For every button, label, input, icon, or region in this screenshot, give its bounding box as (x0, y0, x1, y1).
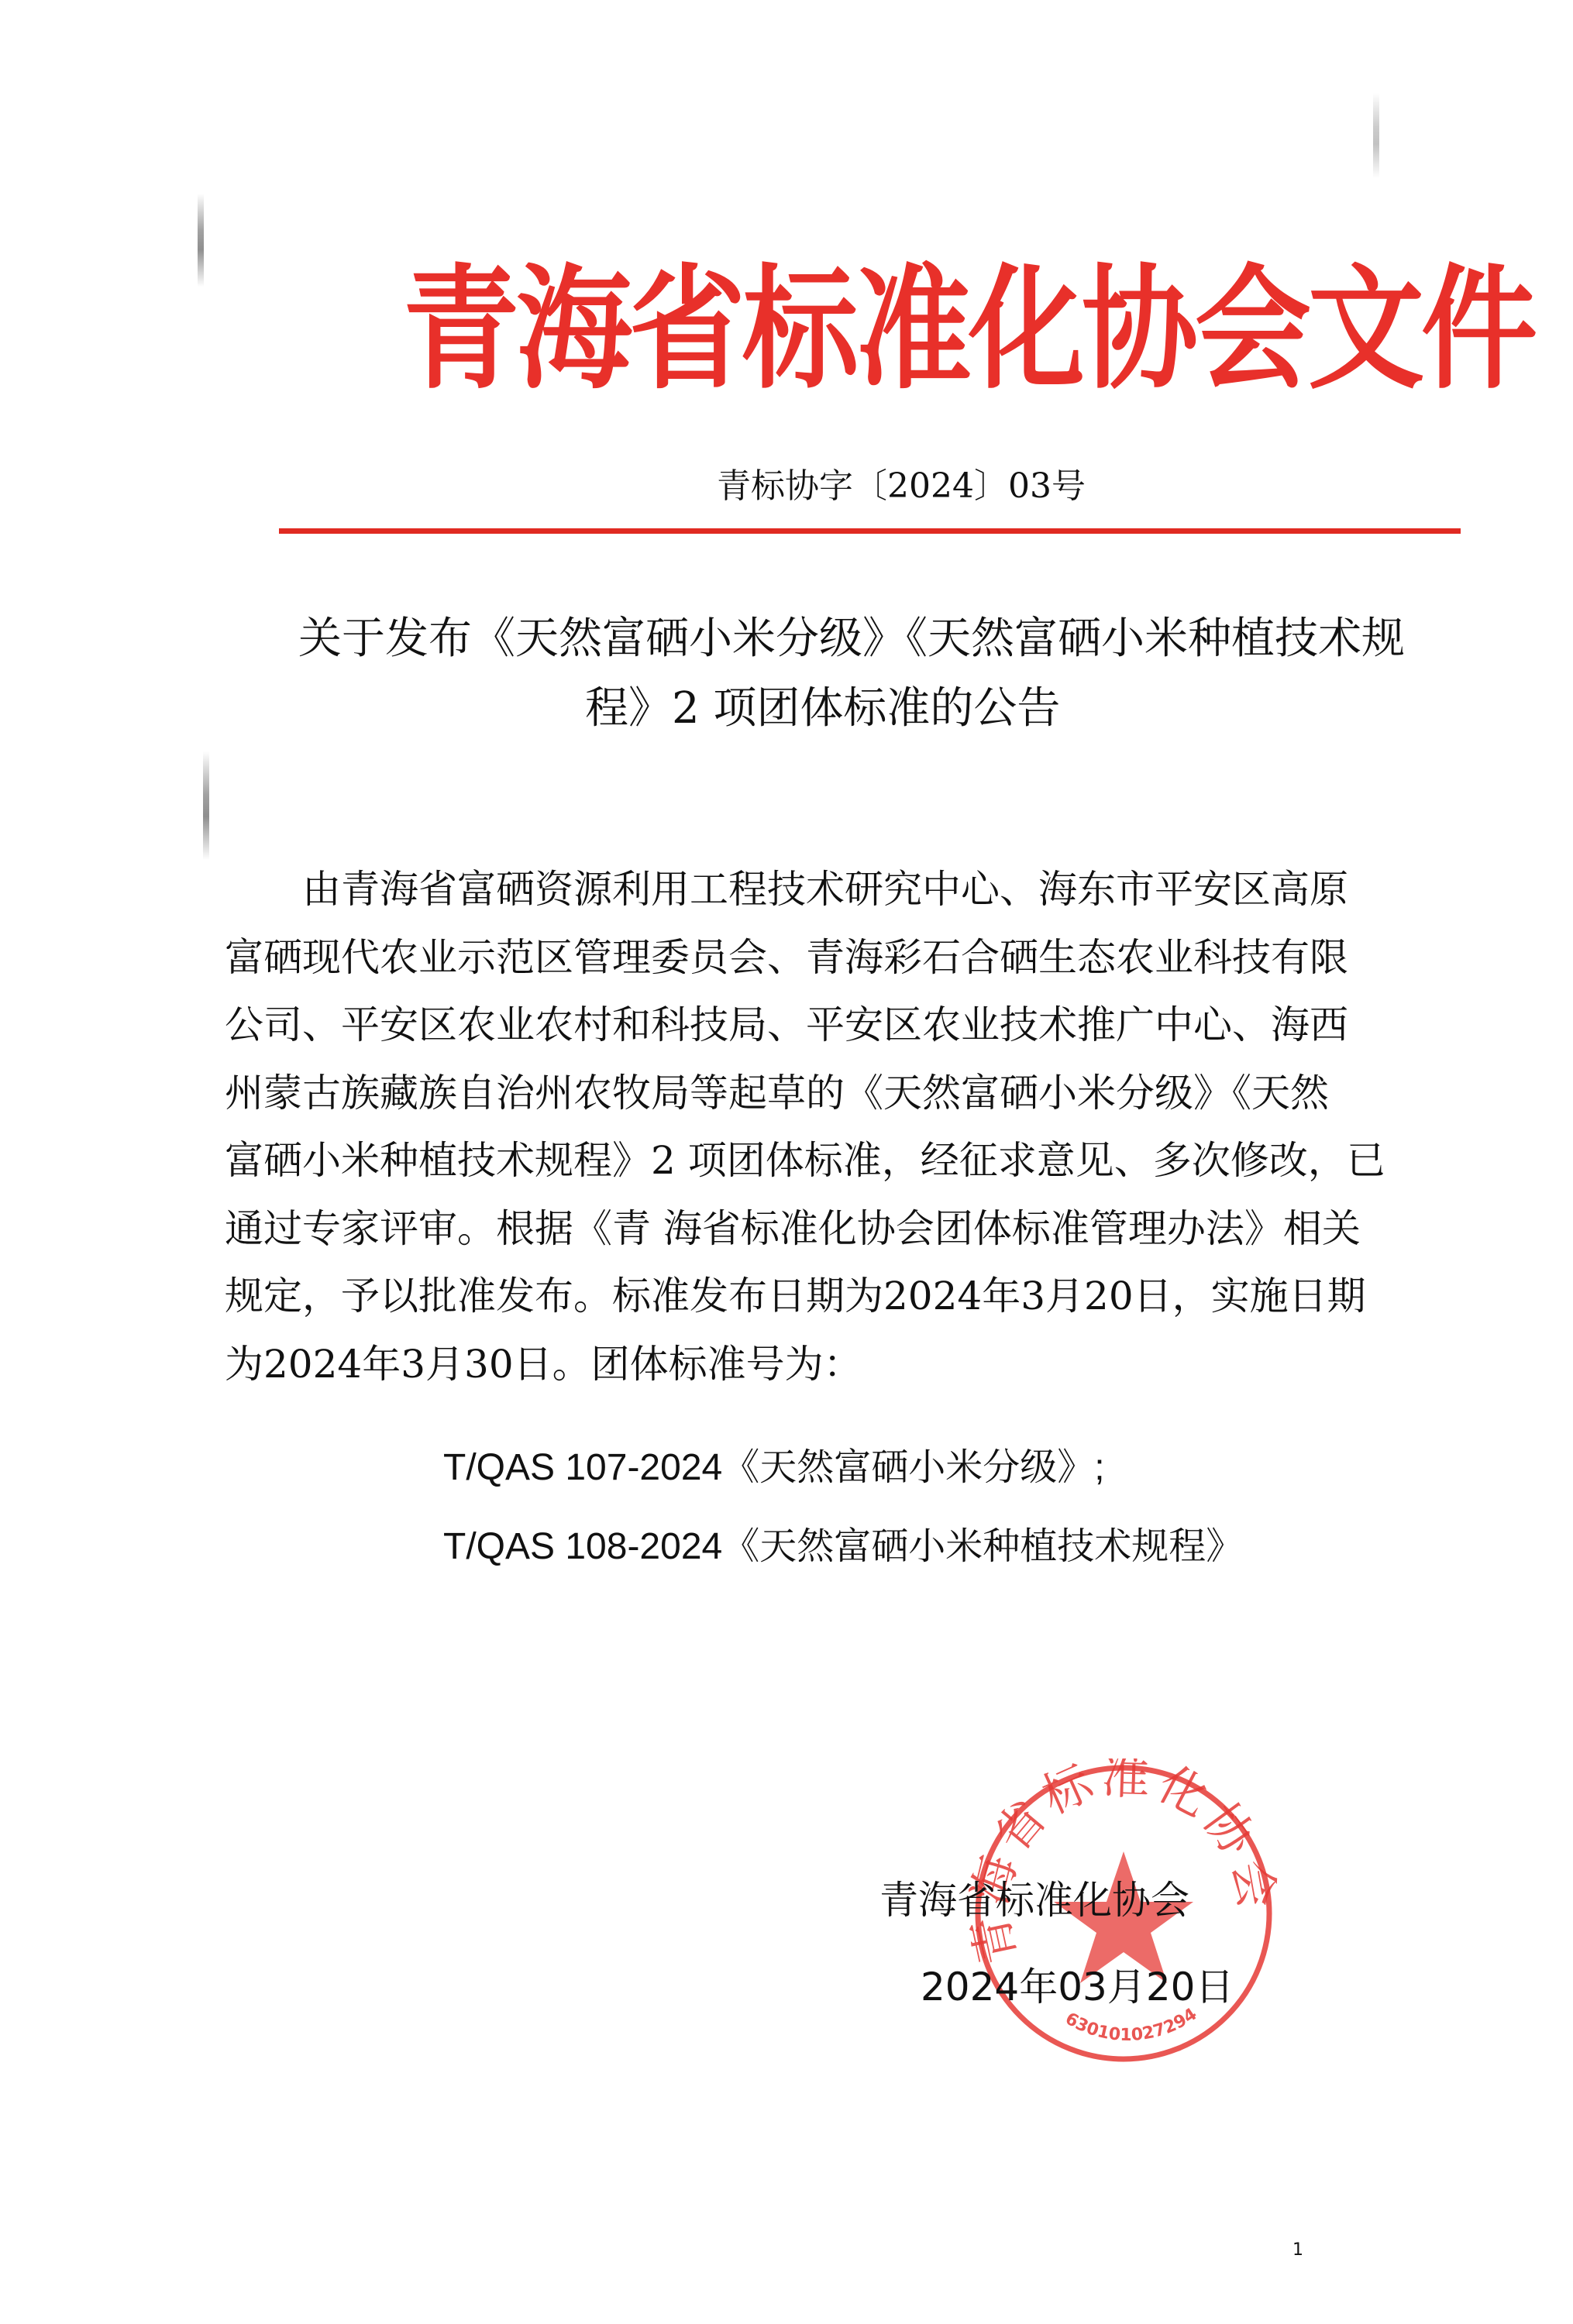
announcement-title-line1: 关于发布《天然富硒小米分级》《天然富硒小米种植技术规 (298, 604, 1405, 674)
standard-number-107: T/QAS 107-2024《天然富硒小米分级》; (443, 1441, 1105, 1495)
announcement-body: 由青海省富硒资源利用工程技术研究中心、海东市平安区高原 富硒现代农业示范区管理委… (225, 856, 1356, 1398)
body-line: 为2024年3月30日。团体标准号为： (225, 1331, 1356, 1399)
announcement-title-line2: 程》2 项团体标准的公告 (585, 674, 1060, 744)
scan-artifact-left-top (198, 194, 204, 287)
signature-organization: 青海省标准化协会 (879, 1873, 1189, 1927)
signature-date: 2024年03月20日 (921, 1960, 1234, 2014)
body-line: 州蒙古族藏族自治州农牧局等起草的《天然富硒小米分级》《天然 (225, 1060, 1356, 1128)
standard-number-108: T/QAS 108-2024《天然富硒小米种植技术规程》 (443, 1520, 1243, 1574)
body-line: 富硒现代农业示范区管理委员会、青海彩石合硒生态农业科技有限 (225, 924, 1356, 992)
red-header-rule (279, 528, 1461, 534)
scan-artifact-right-top (1373, 93, 1379, 178)
body-line: 通过专家评审。根据《青 海省标准化协会团体标准管理办法》相关 (225, 1195, 1356, 1263)
body-line: 规定，予以批准发布。标准发布日期为2024年3月20日，实施日期 (225, 1263, 1356, 1331)
body-line: 富硒小米种植技术规程》2 项团体标准，经征求意见、多次修改，已 (225, 1127, 1356, 1195)
page-number: 1 (1292, 2240, 1303, 2260)
body-line: 公司、平安区农业农村和科技局、平安区农业技术推广中心、海西 (225, 992, 1356, 1060)
scan-artifact-left-mid (203, 751, 209, 860)
masthead-title: 青海省标准化协会文件 (403, 240, 1379, 418)
body-line: 由青海省富硒资源利用工程技术研究中心、海东市平安区高原 (225, 856, 1356, 924)
document-number: 青标协字〔2024〕03号 (717, 466, 1086, 506)
document-number-wrap: 青标协字〔2024〕03号 (0, 463, 1573, 510)
